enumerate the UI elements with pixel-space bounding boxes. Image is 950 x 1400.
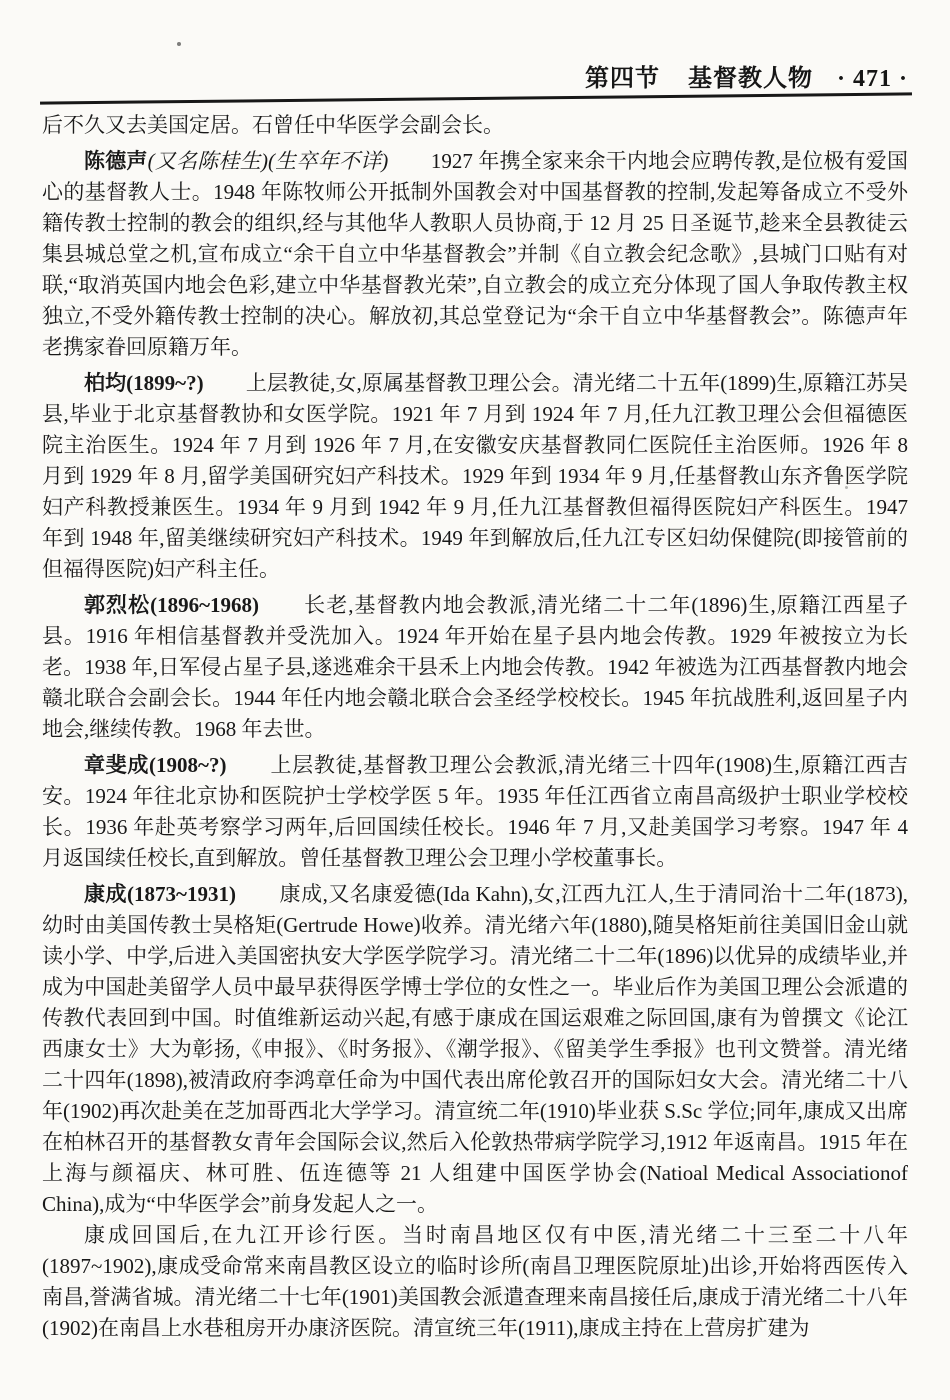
person-name: 陈德声 — [84, 149, 148, 173]
paragraph-text: 康成,又名康爱德(Ida Kahn),女,江西九江人,生于清同治十二年(1873… — [42, 882, 908, 1216]
person-name: 章斐成(1908~?) — [84, 753, 226, 777]
scan-speck — [177, 42, 181, 46]
book-page: 第四节基督教人物· 471 · 后不久又去美国定居。石曾任中华医学会副会长。陈德… — [0, 0, 950, 1400]
biography-entry: 郭烈松(1896~1968) 长老,基督教内地会教派,清光绪二十二年(1896)… — [42, 590, 908, 745]
body-paragraph: 康成回国后,在九江开诊行医。当时南昌地区仅有中医,清光绪二十三至二十八年(189… — [42, 1220, 908, 1344]
person-name: 郭烈松(1896~1968) — [84, 593, 259, 617]
biography-entry: 章斐成(1908~?) 上层教徒,基督教卫理公会教派,清光绪三十四年(1908)… — [42, 750, 908, 874]
header-rule — [40, 92, 912, 104]
section-title: 基督教人物 — [688, 66, 813, 92]
section-number: 第四节 — [585, 66, 660, 92]
person-name: 康成(1873~1931) — [84, 882, 236, 906]
biography-entry: 康成(1873~1931) 康成,又名康爱德(Ida Kahn),女,江西九江人… — [42, 879, 908, 1220]
paragraph-text: 上层教徒,女,原属基督教卫理公会。清光绪二十五年(1899)生,原籍江苏吴县,毕… — [42, 371, 908, 581]
running-header: 第四节基督教人物· 471 · — [40, 58, 908, 93]
paragraph-text: (又名陈桂生)(生卒年不详) — [148, 149, 389, 173]
paragraph-text: 1927 年携全家来余干内地会应聘传教,是位极有爱国心的基督教人士。1948 年… — [42, 149, 908, 359]
paragraph-text: 康成回国后,在九江开诊行医。当时南昌地区仅有中医,清光绪二十三至二十八年(189… — [42, 1223, 908, 1340]
scan-speck — [845, 486, 848, 489]
biography-entry: 陈德声(又名陈桂生)(生卒年不详) 1927 年携全家来余干内地会应聘传教,是位… — [42, 146, 908, 363]
page-body: 后不久又去美国定居。石曾任中华医学会副会长。陈德声(又名陈桂生)(生卒年不详) … — [42, 110, 908, 1344]
page-number: · 471 · — [837, 66, 908, 92]
body-paragraph: 后不久又去美国定居。石曾任中华医学会副会长。 — [42, 110, 908, 141]
biography-entry: 柏均(1899~?) 上层教徒,女,原属基督教卫理公会。清光绪二十五年(1899… — [42, 368, 908, 585]
paragraph-text: 后不久又去美国定居。石曾任中华医学会副会长。 — [42, 113, 504, 137]
person-name: 柏均(1899~?) — [84, 371, 204, 395]
